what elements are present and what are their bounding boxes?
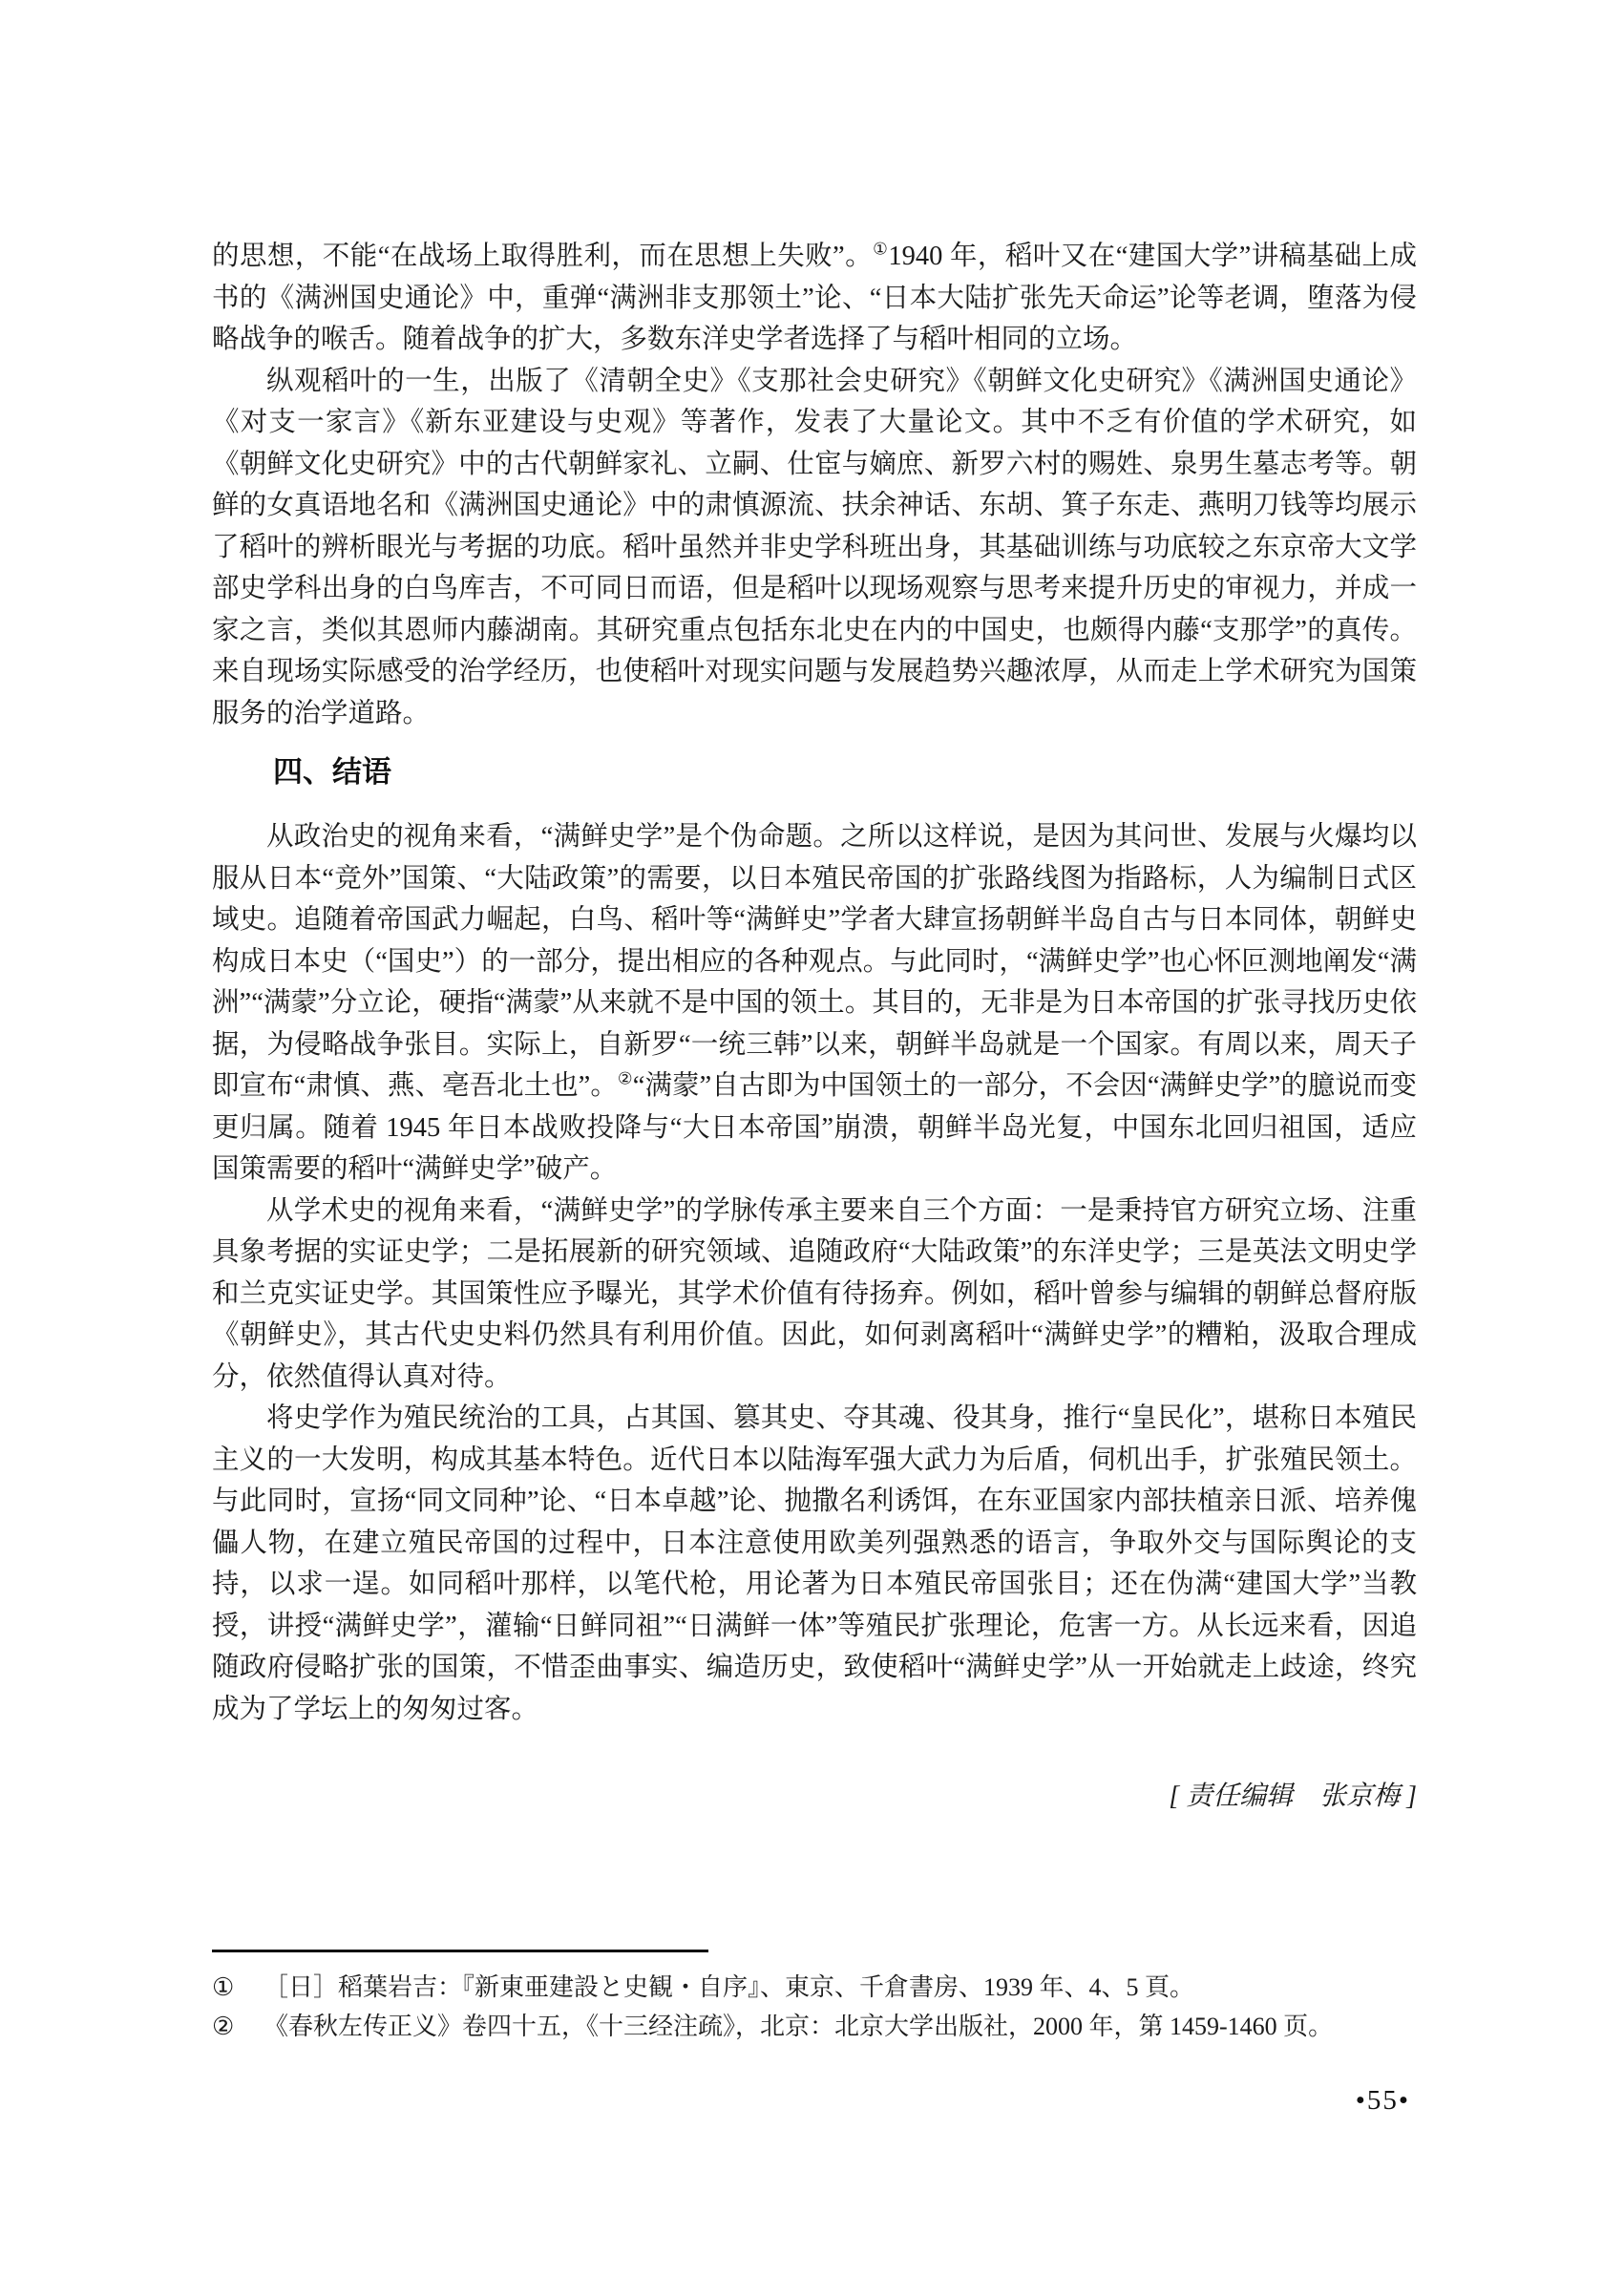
section-heading: 四、结语: [273, 753, 1417, 791]
article-body: 的思想，不能“在战场上取得胜利，而在思想上失败”。①1940 年，稻叶又在“建国…: [212, 236, 1417, 1814]
paragraph-4: 从学术史的视角来看，“满鲜史学”的学脉传承主要来自三个方面：一是秉持官方研究立场…: [212, 1191, 1417, 1399]
footnote-ref-1: ①: [873, 240, 888, 259]
footnote-1-text: ［日］稻葉岩吉：『新東亜建設と史観・自序』、東京、千倉書房、1939 年、4、5…: [264, 1968, 1417, 2007]
footnote-1: ① ［日］稻葉岩吉：『新東亜建設と史観・自序』、東京、千倉書房、1939 年、4…: [212, 1968, 1417, 2007]
paragraph-3-text: 从政治史的视角来看，“满鲜史学”是个伪命题。之所以这样说，是因为其问世、发展与火…: [212, 822, 1417, 1101]
paragraph-1: 的思想，不能“在战场上取得胜利，而在思想上失败”。①1940 年，稻叶又在“建国…: [212, 236, 1417, 361]
page-number: •55•: [1356, 2085, 1410, 2117]
paragraph-5: 将史学作为殖民统治的工具，占其国、篡其史、夺其魂、役其身，推行“皇民化”，堪称日…: [212, 1398, 1417, 1730]
paragraph-1-text: 的思想，不能“在战场上取得胜利，而在思想上失败”。: [212, 242, 873, 271]
footnote-2-marker: ②: [212, 2007, 264, 2046]
paragraph-2: 纵观稻叶的一生，出版了《清朝全史》《支那社会史研究》《朝鲜文化史研究》《满洲国史…: [212, 361, 1417, 735]
footnote-2-text: 《春秋左传正义》卷四十五，《十三经注疏》，北京：北京大学出版社，2000 年，第…: [264, 2007, 1417, 2046]
editor-credit: [ 责任编辑 张京梅 ]: [212, 1780, 1417, 1814]
footnotes-section: ① ［日］稻葉岩吉：『新東亜建設と史観・自序』、東京、千倉書房、1939 年、4…: [212, 1940, 1417, 2046]
footnote-ref-2: ②: [618, 1069, 633, 1088]
footnote-2: ② 《春秋左传正义》卷四十五，《十三经注疏》，北京：北京大学出版社，2000 年…: [212, 2007, 1417, 2046]
footnote-1-marker: ①: [212, 1968, 264, 2007]
document-page: 的思想，不能“在战场上取得胜利，而在思想上失败”。①1940 年，稻叶又在“建国…: [0, 0, 1624, 2277]
paragraph-3: 从政治史的视角来看，“满鲜史学”是个伪命题。之所以这样说，是因为其问世、发展与火…: [212, 816, 1417, 1191]
footnote-separator-rule: [212, 1950, 708, 1952]
